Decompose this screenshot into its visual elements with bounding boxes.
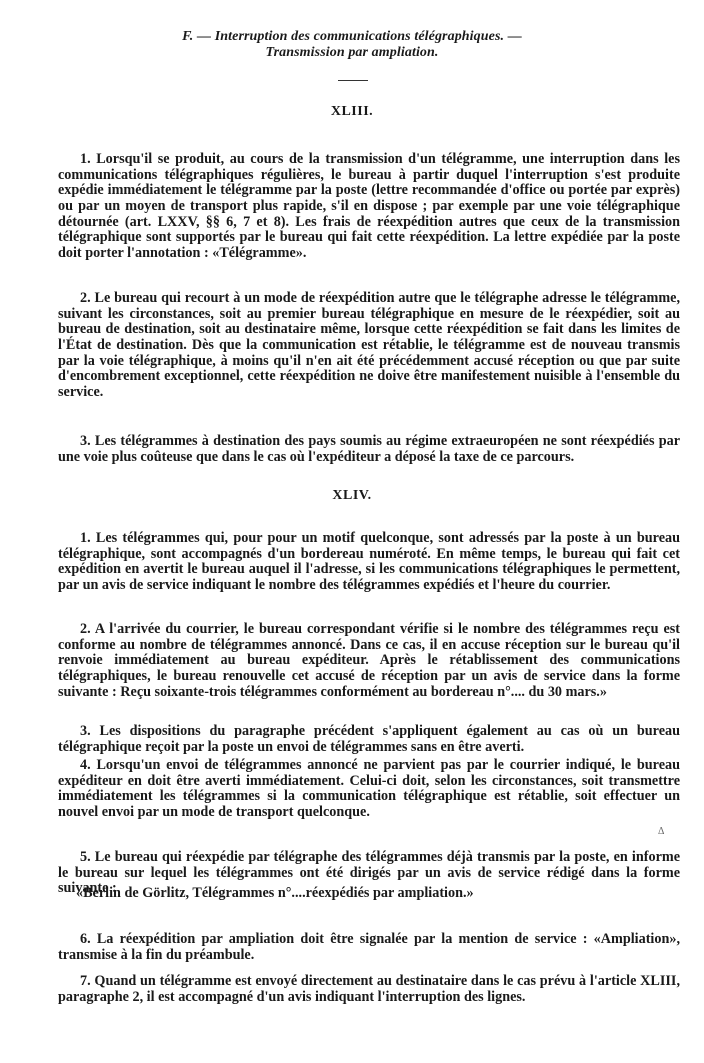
paragraph-xliii-3: 3. Les télégrammes à destination des pay… — [58, 434, 680, 465]
section-number-xliii: XLIII. — [0, 104, 704, 120]
paragraph-xliv-6: 6. La réexpédition par ampliation doit ê… — [58, 932, 680, 963]
document-page: F. — Interruption des communications tél… — [0, 0, 704, 1063]
chapter-heading-line2: Transmission par ampliation. — [0, 45, 704, 61]
paragraph-xliv-7: 7. Quand un télégramme est envoyé direct… — [58, 974, 680, 1005]
margin-mark: Δ — [658, 826, 664, 837]
service-notice-quote: «Berlin de Görlitz, Télégrammes n°....ré… — [76, 885, 474, 902]
paragraph-xliv-1: 1. Les télégrammes qui, pour pour un mot… — [58, 531, 680, 593]
section-number-xliv: XLIV. — [0, 488, 704, 504]
heading-divider — [338, 80, 368, 81]
paragraph-xliv-3: 3. Les dispositions du paragraphe précéd… — [58, 724, 680, 755]
paragraph-xliv-2: 2. A l'arrivée du courrier, le bureau co… — [58, 622, 680, 700]
chapter-heading-line1: F. — Interruption des communications tél… — [0, 29, 704, 45]
paragraph-xliii-2: 2. Le bureau qui recourt à un mode de ré… — [58, 291, 680, 400]
paragraph-xliii-1: 1. Lorsqu'il se produit, au cours de la … — [58, 152, 680, 261]
paragraph-xliv-4: 4. Lorsqu'un envoi de télégrammes annonc… — [58, 758, 680, 820]
